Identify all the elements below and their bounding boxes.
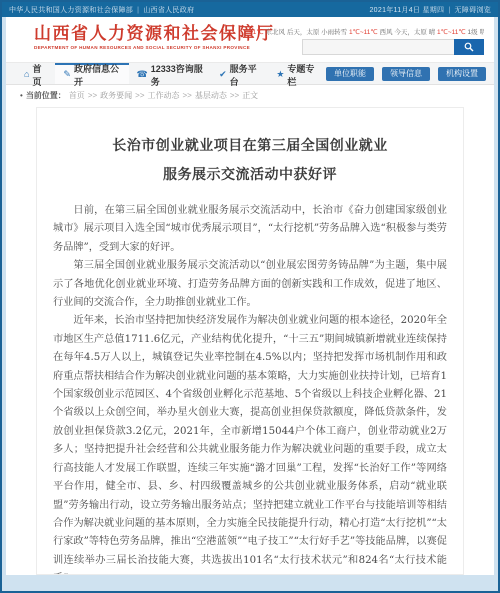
top-government-bar: 中华人民共和国人力资源和社会保障部|山西省人民政府 2021年11月4日 星期四…: [2, 2, 498, 17]
article-paragraph: 第三届全国创业就业服务展示交流活动以“创业展宏图劳务铸品牌”为主题，集中展示了各…: [53, 257, 447, 312]
site-header: 山西省人力资源和社会保障厅 DEPARTMENT OF HUMAN RESOUR…: [6, 17, 494, 62]
organization-setup-button[interactable]: 机构设置: [438, 67, 486, 81]
site-subtitle-en: DEPARTMENT OF HUMAN RESOURCES AND SOCIAL…: [34, 45, 275, 50]
breadcrumb-separator: >>: [230, 91, 239, 100]
nav-item-special-columns-label: 专题专栏: [287, 62, 318, 88]
search-bar: [302, 39, 484, 55]
breadcrumb-grassroots-updates[interactable]: 基层动态: [195, 90, 227, 101]
topbar-left: 中华人民共和国人力资源和社会保障部|山西省人民政府: [9, 5, 194, 15]
accessibility-link[interactable]: 无障碍浏览: [455, 7, 492, 14]
search-input[interactable]: [302, 39, 454, 55]
shanxi-gov-portal-link[interactable]: 山西省人民政府: [143, 7, 194, 14]
weather-temp-1: ~1℃: [249, 29, 264, 36]
breadcrumb-label: 当前位置：: [26, 90, 66, 101]
breadcrumb-separator: >>: [88, 91, 97, 100]
breadcrumb-article[interactable]: 正文: [242, 90, 258, 101]
leadership-info-button[interactable]: 领导信息: [382, 67, 430, 81]
weather-ticker: ~1℃ 东北风 后天，太原 小雨转雪 1℃~11℃ 西风 今天，太原 晴 1℃~…: [249, 27, 484, 36]
nav-item-12333-consult-label: 12333咨询服务: [151, 62, 203, 88]
breadcrumb-separator: >>: [135, 91, 144, 100]
current-date: 2021年11月4日 星期四: [369, 7, 444, 14]
article-container: 长治市创业就业项目在第三届全国创业就业 服务展示交流活动中获好评 日前，在第三届…: [36, 107, 464, 575]
site-title: 山西省人力资源和社会保障厅: [34, 24, 275, 43]
weather-temp-2: 1℃~11℃: [349, 29, 378, 36]
document-pen-icon: ✎: [63, 70, 71, 79]
breadcrumb-gov-news[interactable]: 政务要闻: [100, 90, 132, 101]
nav-item-service-platform[interactable]: ✔ 服务平台: [211, 63, 268, 84]
search-button[interactable]: [454, 39, 484, 55]
article-body: 日前，在第三届全国创业就业服务展示交流活动中，长治市《奋力创建国家级创业城市》展…: [53, 202, 447, 575]
nav-item-home-label: 首页: [32, 62, 47, 88]
nav-item-special-columns[interactable]: ★ 专题专栏: [268, 63, 326, 84]
article-title: 长治市创业就业项目在第三届全国创业就业 服务展示交流活动中获好评: [53, 132, 447, 190]
article-paragraph: 日前，在第三届全国创业就业服务展示交流活动中，长治市《奋力创建国家级创业城市》展…: [53, 202, 447, 257]
article-title-line1: 长治市创业就业项目在第三届全国创业就业: [53, 132, 447, 161]
main-navigation: ⌂ 首页 ✎ 政府信息公开 ☎ 12333咨询服务 ✔ 服务平台 ★ 专题专栏 …: [6, 62, 494, 85]
nav-item-service-platform-label: 服务平台: [230, 62, 261, 88]
topbar-right: 2021年11月4日 星期四|无障碍浏览: [369, 5, 491, 15]
topbar-separator-2: |: [448, 7, 450, 14]
breadcrumb-work-updates[interactable]: 工作动态: [148, 90, 180, 101]
bullet-icon: •: [20, 91, 23, 100]
browser-page: 中华人民共和国人力资源和社会保障部|山西省人民政府 2021年11月4日 星期四…: [0, 0, 500, 593]
nav-item-info-disclosure-label: 政府信息公开: [74, 62, 121, 88]
article-paragraph: 近年来，长治市坚持把加快经济发展作为解决创业就业问题的根本途径，2020年全市地…: [53, 312, 447, 575]
article-title-line2: 服务展示交流活动中获好评: [53, 161, 447, 190]
phone-icon: ☎: [137, 70, 148, 79]
nav-item-home[interactable]: ⌂ 首页: [16, 63, 55, 84]
weather-desc-2: 西风 今天，太原 晴: [378, 29, 437, 36]
nav-item-info-disclosure[interactable]: ✎ 政府信息公开: [55, 63, 128, 84]
mohrss-portal-link[interactable]: 中华人民共和国人力资源和社会保障部: [9, 7, 133, 14]
weather-desc-3: 1级 明天：: [466, 29, 484, 36]
site-logo[interactable]: 山西省人力资源和社会保障厅 DEPARTMENT OF HUMAN RESOUR…: [34, 24, 275, 50]
weather-temp-3: 1℃~11℃: [437, 29, 466, 36]
search-icon: [464, 42, 474, 52]
thumbs-up-icon: ✔: [219, 70, 227, 79]
main-panel: 山西省人力资源和社会保障厅 DEPARTMENT OF HUMAN RESOUR…: [6, 17, 494, 575]
star-icon: ★: [276, 70, 284, 79]
quick-buttons: 单位职能 领导信息 机构设置: [326, 63, 494, 84]
topbar-separator: |: [137, 7, 139, 14]
breadcrumb-separator: >>: [183, 91, 192, 100]
nav-item-12333-consult[interactable]: ☎ 12333咨询服务: [129, 63, 212, 84]
breadcrumb: • 当前位置： 首页 >> 政务要闻 >> 工作动态 >> 基层动态 >> 正文: [6, 85, 494, 105]
breadcrumb-home[interactable]: 首页: [69, 90, 85, 101]
home-icon: ⌂: [24, 70, 29, 79]
unit-functions-button[interactable]: 单位职能: [326, 67, 374, 81]
weather-desc-1: 东北风 后天，太原 小雨转雪: [264, 29, 349, 36]
